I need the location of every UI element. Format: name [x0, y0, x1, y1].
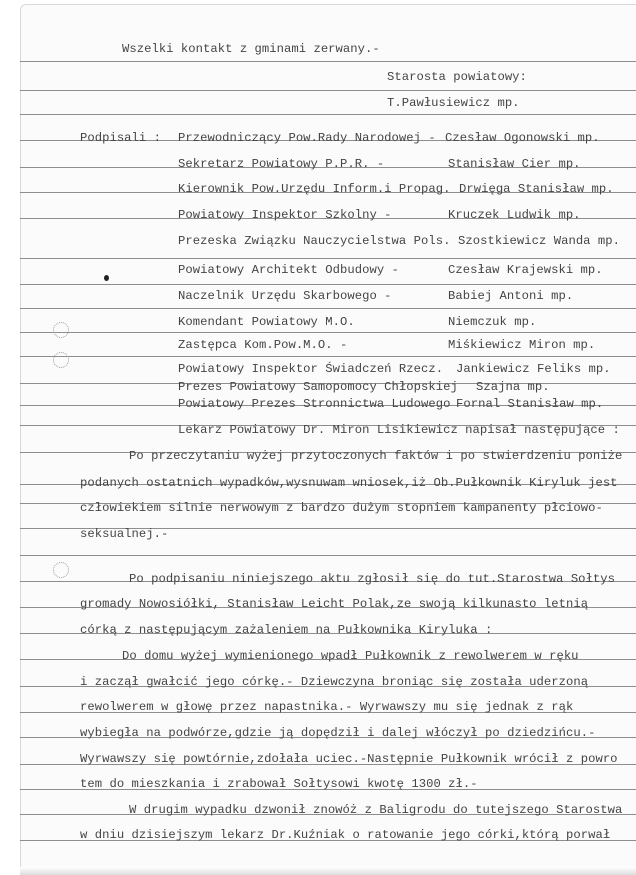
signatory-position: Powiatowy Architekt Odbudowy -: [178, 263, 399, 277]
ruled-line: [20, 61, 636, 62]
signatory-name: Jankiewicz Feliks mp.: [456, 362, 611, 376]
ruled-line: [20, 356, 636, 357]
body-line: seksualnej.-: [80, 527, 168, 541]
signature-name: T.Pawłusiewicz mp.: [387, 96, 520, 110]
punch-hole: [53, 562, 69, 578]
signatory-name: Niemczuk mp.: [448, 315, 536, 329]
body-line: rewolwerem w głowę przez napastnika.- Wy…: [80, 700, 573, 714]
signatory-position: Prezeska Związku Nauczycielstwa Pols.: [178, 234, 450, 248]
ruled-line: [20, 90, 636, 91]
signatory-name: Czesław Krajewski mp.: [448, 263, 603, 277]
punch-hole: [53, 322, 69, 338]
signatory-name: Miśkiewicz Miron mp.: [448, 338, 595, 352]
ruled-line: [20, 332, 636, 333]
signatory-name: Stanisław Cier mp.: [448, 157, 581, 171]
signatory-position: Powiatowy Inspektor Świadczeń Rzecz.: [178, 362, 443, 376]
signatory-position: Zastępca Kom.Pow.M.O. -: [178, 338, 347, 352]
body-line: w dniu dzisiejszym lekarz Dr.Kuźniak o r…: [80, 828, 610, 842]
signatory-name: Drwięga Stanisław mp.: [459, 182, 614, 196]
body-line: Wyrwawszy się powtórnie,zdołała uciec.-N…: [80, 752, 618, 766]
body-line: człowiekiem silnie nerwowym z bardzo duż…: [80, 501, 603, 515]
ink-dot: [104, 275, 109, 281]
body-line: córką z następującym zażaleniem na Pułko…: [80, 623, 492, 637]
signatory-name: Kruczek Ludwik mp.: [448, 208, 581, 222]
body-line: Po podpisaniu niniejszego aktu zgłosił s…: [129, 572, 615, 586]
ruled-line: [20, 555, 636, 556]
signatory-position: Prezes Powiatowy Samopomocy Chłopskiej: [178, 380, 458, 394]
signature-title: Starosta powiatowy:: [387, 70, 527, 84]
body-line: podanych ostatnich wypadków,wysnuwam wni…: [80, 476, 618, 490]
signatory-position: Sekretarz Powiatowy P.P.R. -: [178, 157, 384, 171]
signatory-position: Przewodniczący Pow.Rady Narodowej -: [178, 131, 436, 145]
body-line: wybiegła na podwórze,gdzie ją dopędził i…: [80, 726, 595, 740]
signatory-position: Komendant Powiatowy M.O.: [178, 315, 355, 329]
body-line: W drugim wypadku dzwonił znowóż z Baligr…: [129, 803, 622, 817]
signatory-name: Czesław Ogonowski mp.: [445, 131, 600, 145]
signatory-name: Szostkiewicz Wanda mp.: [458, 234, 620, 248]
ruled-line: [20, 308, 636, 309]
ruled-line: [20, 114, 636, 115]
opening-line: Wszelki kontakt z gminami zerwany.-: [122, 42, 380, 56]
signatory-name: Szajna mp.: [476, 380, 550, 394]
signatory-position: Kierownik Pow.Urzędu Inform.i Propag.: [178, 182, 450, 196]
punch-hole: [53, 352, 69, 368]
signatory-position: Powiatowy Prezes Stronnictwa Ludowego: [178, 397, 450, 411]
page-bottom-edge: [20, 867, 636, 875]
signatory-position: Naczelnik Urzędu Skarbowego -: [178, 289, 392, 303]
signatory-name: Babiej Antoni mp.: [448, 289, 573, 303]
body-line: Po przeczytaniu wyżej przytoczonych fakt…: [129, 449, 622, 463]
body-line: Do domu wyżej wymienionego wpadł Pułkown…: [122, 649, 579, 663]
signatory-name: Fornal Stanisław mp.: [456, 397, 603, 411]
signed-label: Podpisali :: [80, 131, 161, 145]
body-line: Lekarz Powiatowy Dr. Miron Lisikiewicz n…: [178, 423, 620, 437]
ruled-line: [20, 258, 636, 259]
body-line: tem do mieszkania i zrabował Sołtysowi k…: [80, 777, 478, 791]
signatory-position: Powiatowy Inspektor Szkolny -: [178, 208, 392, 222]
body-line: gromady Nowosiółki, Stanisław Leicht Pol…: [80, 597, 588, 611]
ruled-line: [20, 284, 636, 285]
body-line: i zaczął gwałcić jego córkę.- Dziewczyna…: [80, 675, 588, 689]
